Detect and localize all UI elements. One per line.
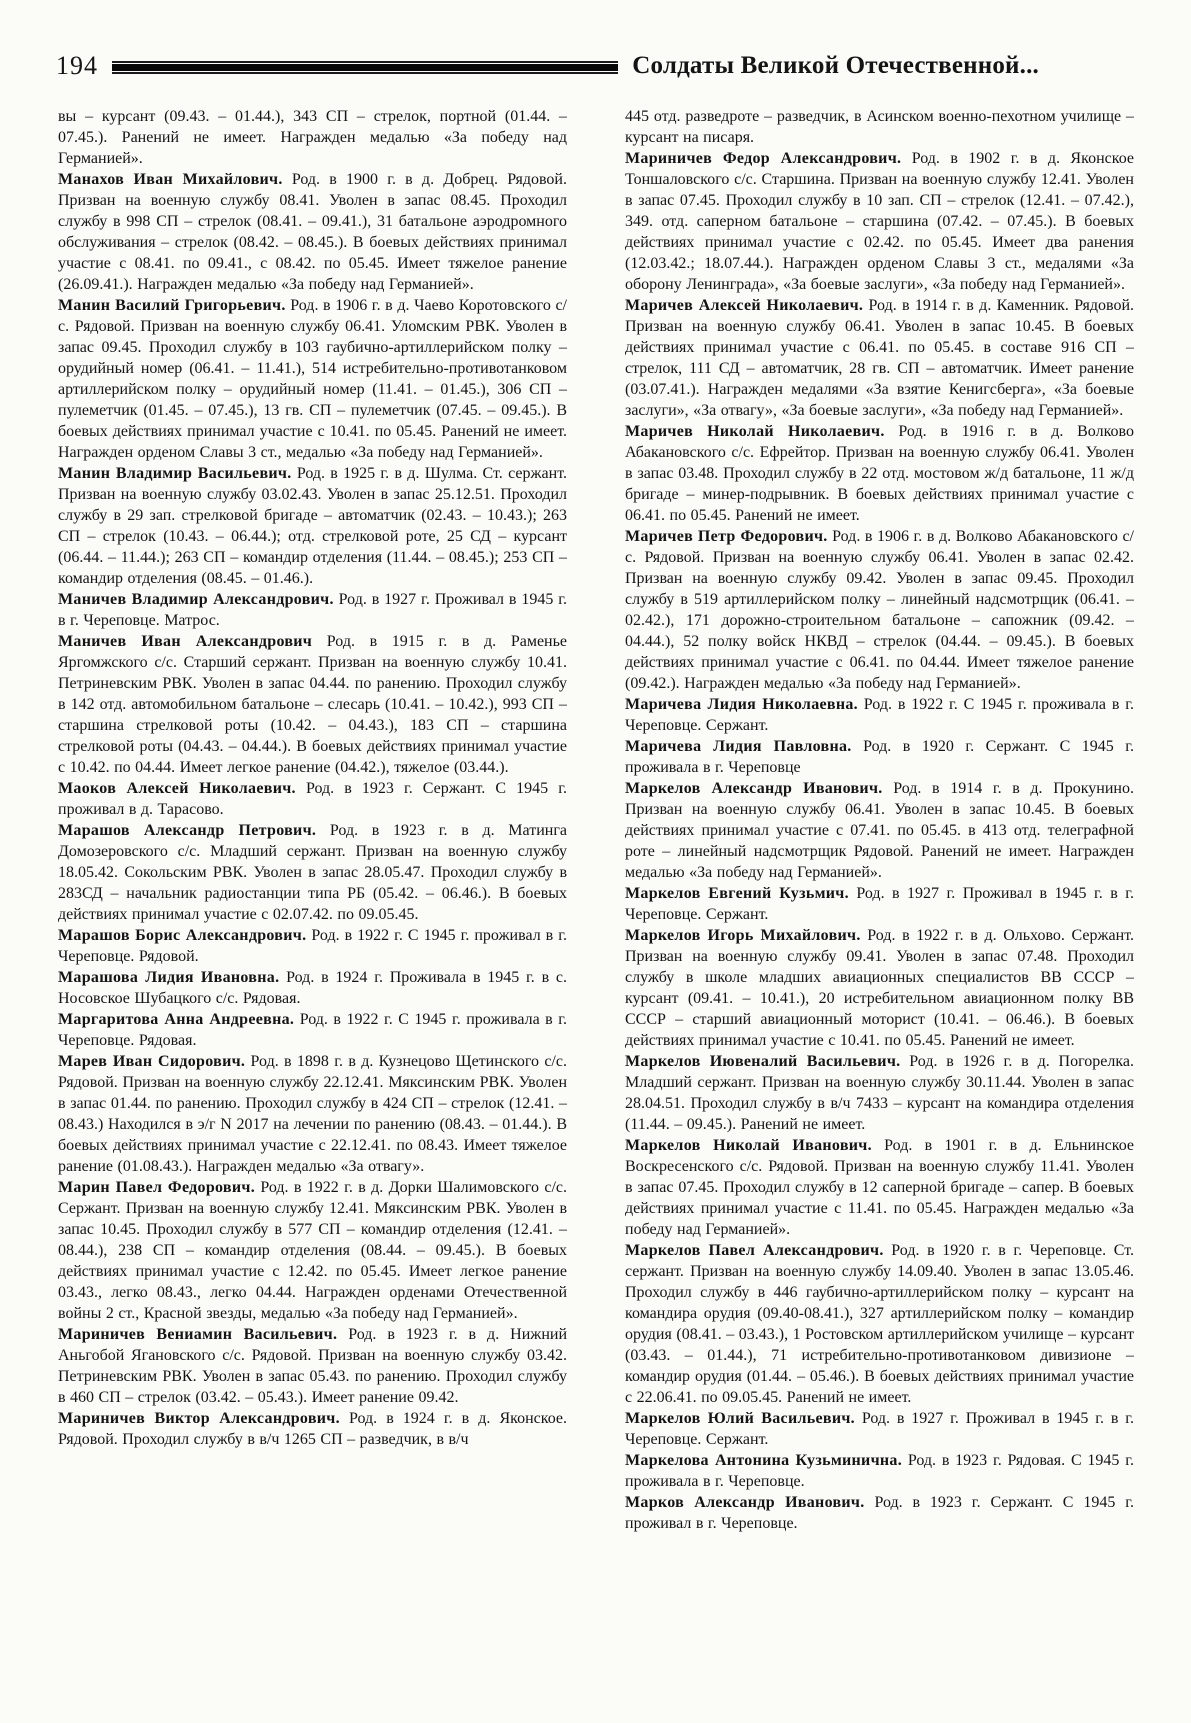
- entry: Маркелов Александр Иванович. Род. в 1914…: [625, 778, 1134, 883]
- entry-name: Марашова Лидия Ивановна.: [58, 969, 279, 986]
- entry-name: Мариничев Виктор Александрович.: [58, 1410, 340, 1427]
- entry-name: Марев Иван Сидорович.: [58, 1053, 245, 1070]
- entry: Маоков Алексей Николаевич. Род. в 1923 г…: [58, 778, 567, 820]
- entry: Марашова Лидия Ивановна. Род. в 1924 г. …: [58, 967, 567, 1009]
- entry: Манин Василий Григорьевич. Род. в 1906 г…: [58, 295, 567, 463]
- entry-name: Манин Владимир Васильевич.: [58, 465, 292, 482]
- entry-text: Род. в 1922 г. в д. Ольхово. Сержант. Пр…: [625, 927, 1134, 1049]
- entry-name: Маркелов Павел Александрович.: [625, 1242, 884, 1259]
- header-rule: [112, 60, 618, 75]
- entry: 445 отд. разведроте – разведчик, в Асинс…: [625, 106, 1134, 148]
- entry-name: Маркелова Антонина Кузьминична.: [625, 1452, 902, 1469]
- entry: Маричев Николай Николаевич. Род. в 1916 …: [625, 421, 1134, 526]
- entry-name: Марашов Борис Александрович.: [58, 927, 306, 944]
- entry-text: вы – курсант (09.43. – 01.44.), 343 СП –…: [58, 108, 567, 167]
- entry-text: 445 отд. разведроте – разведчик, в Асинс…: [625, 108, 1134, 146]
- entry: Маркелова Антонина Кузьминична. Род. в 1…: [625, 1450, 1134, 1492]
- entry-name: Маричева Лидия Николаевна.: [625, 696, 858, 713]
- entry-text: Род. в 1925 г. в д. Шулма. Ст. сержант. …: [58, 465, 567, 587]
- entry-name: Маркелов Евгений Кузьмич.: [625, 885, 849, 902]
- entry-name: Маркелов Иювеналий Васильевич.: [625, 1053, 900, 1070]
- entry-text: Род. в 1922 г. в д. Дорки Шалимовского с…: [58, 1179, 567, 1322]
- entry-text: Род. в 1902 г. в д. Яконское Тоншаловско…: [625, 150, 1134, 293]
- entry-name: Маркелов Николай Иванович.: [625, 1137, 872, 1154]
- entry-name: Маргаритова Анна Андреевна.: [58, 1011, 294, 1028]
- entry: Маркелов Юлий Васильевич. Род. в 1927 г.…: [625, 1408, 1134, 1450]
- entry: Маркелов Николай Иванович. Род. в 1901 г…: [625, 1135, 1134, 1240]
- entry: вы – курсант (09.43. – 01.44.), 343 СП –…: [58, 106, 567, 169]
- entry-name: Мариничев Вениамин Васильевич.: [58, 1326, 337, 1343]
- entry-name: Маричев Алексей Николаевич.: [625, 297, 863, 314]
- entry-name: Манахов Иван Михайлович.: [58, 171, 283, 188]
- entry-name: Маричева Лидия Павловна.: [625, 738, 852, 755]
- entry: Маркелов Павел Александрович. Род. в 192…: [625, 1240, 1134, 1408]
- entry: Маричев Петр Федорович. Род. в 1906 г. в…: [625, 526, 1134, 694]
- book-page: 194 Солдаты Великой Отечественной... вы …: [0, 0, 1191, 1723]
- entry: Маргаритова Анна Андреевна. Род. в 1922 …: [58, 1009, 567, 1051]
- entry-name: Маоков Алексей Николаевич.: [58, 780, 296, 797]
- left-column: вы – курсант (09.43. – 01.44.), 343 СП –…: [58, 106, 567, 1651]
- entry-name: Мариничев Федор Александрович.: [625, 150, 901, 167]
- entry-name: Манин Василий Григорьевич.: [58, 297, 286, 314]
- entry-name: Маркелов Юлий Васильевич.: [625, 1410, 855, 1427]
- entry: Мариничев Вениамин Васильевич. Род. в 19…: [58, 1324, 567, 1408]
- entry-name: Маркелов Александр Иванович.: [625, 780, 883, 797]
- entry: Марков Александр Иванович. Род. в 1923 г…: [625, 1492, 1134, 1534]
- entry-text: Род. в 1900 г. в д. Добрец. Рядовой. При…: [58, 171, 567, 293]
- entry-name: Маричев Николай Николаевич.: [625, 423, 885, 440]
- entry: Манахов Иван Михайлович. Род. в 1900 г. …: [58, 169, 567, 295]
- entry: Марашов Борис Александрович. Род. в 1922…: [58, 925, 567, 967]
- entry-name: Марков Александр Иванович.: [625, 1494, 865, 1511]
- page-number: 194: [56, 53, 98, 79]
- entry-text: Род. в 1898 г. в д. Кузнецово Щетинского…: [58, 1053, 567, 1175]
- entry-name: Маничев Владимир Александрович.: [58, 591, 334, 608]
- entry: Маркелов Евгений Кузьмич. Род. в 1927 г.…: [625, 883, 1134, 925]
- entry: Манин Владимир Васильевич. Род. в 1925 г…: [58, 463, 567, 589]
- entry-text: Род. в 1915 г. в д. Раменье Яргомжского …: [58, 633, 567, 776]
- entry: Маничев Иван Александрович Род. в 1915 г…: [58, 631, 567, 778]
- entry: Маричев Алексей Николаевич. Род. в 1914 …: [625, 295, 1134, 421]
- entry: Марашов Александр Петрович. Род. в 1923 …: [58, 820, 567, 925]
- entry-text: Род. в 1920 г. в г. Череповце. Ст. сержа…: [625, 1242, 1134, 1406]
- entry-text: Род. в 1914 г. в д. Каменник. Рядовой. П…: [625, 297, 1134, 419]
- entry-name: Марин Павел Федорович.: [58, 1179, 255, 1196]
- page-header: 194 Солдаты Великой Отечественной...: [0, 0, 1191, 80]
- entry: Марев Иван Сидорович. Род. в 1898 г. в д…: [58, 1051, 567, 1177]
- text-columns: вы – курсант (09.43. – 01.44.), 343 СП –…: [0, 80, 1191, 1651]
- entry-name: Маничев Иван Александрович: [58, 633, 312, 650]
- entry-name: Марашов Александр Петрович.: [58, 822, 316, 839]
- entry: Мариничев Виктор Александрович. Род. в 1…: [58, 1408, 567, 1450]
- entry: Маричева Лидия Павловна. Род. в 1920 г. …: [625, 736, 1134, 778]
- entry: Мариничев Федор Александрович. Род. в 19…: [625, 148, 1134, 295]
- entry: Маничев Владимир Александрович. Род. в 1…: [58, 589, 567, 631]
- running-title: Солдаты Великой Отечественной...: [632, 52, 1039, 80]
- entry: Маричева Лидия Николаевна. Род. в 1922 г…: [625, 694, 1134, 736]
- entry-name: Маркелов Игорь Михайлович.: [625, 927, 861, 944]
- entry: Марин Павел Федорович. Род. в 1922 г. в …: [58, 1177, 567, 1324]
- entry-text: Род. в 1906 г. в д. Чаево Коротовского с…: [58, 297, 567, 461]
- entry-text: Род. в 1906 г. в д. Волково Абакановског…: [625, 528, 1134, 692]
- right-column: 445 отд. разведроте – разведчик, в Асинс…: [625, 106, 1134, 1651]
- entry: Маркелов Иювеналий Васильевич. Род. в 19…: [625, 1051, 1134, 1135]
- entry-name: Маричев Петр Федорович.: [625, 528, 828, 545]
- entry: Маркелов Игорь Михайлович. Род. в 1922 г…: [625, 925, 1134, 1051]
